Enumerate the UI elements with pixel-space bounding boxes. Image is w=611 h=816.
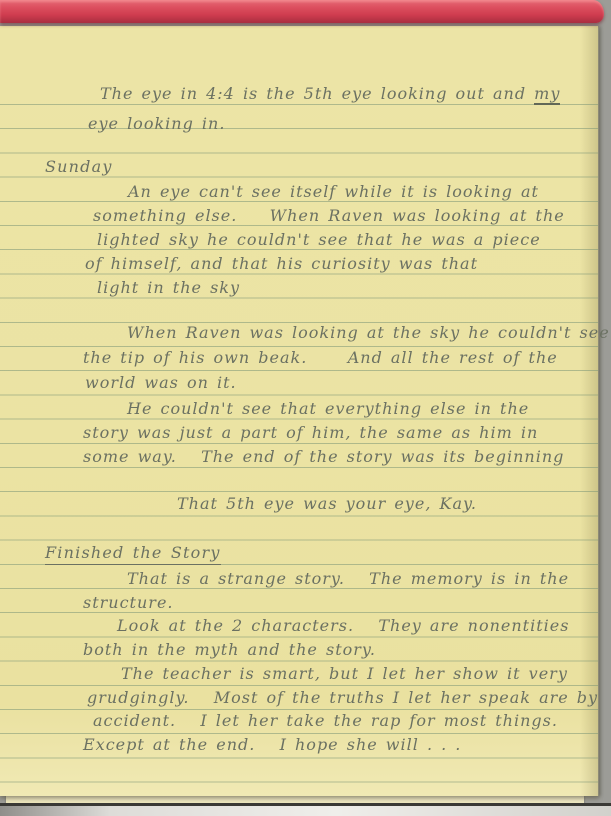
scanned-notebook-page: The eye in 4:4 is the 5th eye looking ou… <box>0 0 611 816</box>
underlined-word: my <box>534 84 560 105</box>
handwritten-line: grudgingly. Most of the truths I let her… <box>87 688 598 708</box>
handwritten-line: That 5th eye was your eye, Kay. <box>177 494 477 514</box>
handwritten-line: of himself, and that his curiosity was t… <box>85 254 478 274</box>
handwritten-text: The eye in 4:4 is the 5th eye looking ou… <box>100 84 534 103</box>
red-binding-strip <box>0 0 604 23</box>
section-heading-finished-story: Finished the Story <box>45 543 221 565</box>
handwritten-line: Look at the 2 characters. They are nonen… <box>117 616 569 636</box>
handwritten-line: story was just a part of him, the same a… <box>83 423 538 443</box>
handwritten-line: lighted sky he couldn't see that he was … <box>97 230 541 250</box>
handwritten-line: some way. The end of the story was its b… <box>83 447 564 467</box>
handwritten-line: structure. <box>83 593 174 613</box>
section-heading-sunday: Sunday <box>45 157 113 177</box>
handwritten-line: An eye can't see itself while it is look… <box>128 182 539 202</box>
handwritten-line: He couldn't see that everything else in … <box>127 399 529 419</box>
handwritten-line: eye looking in. <box>88 114 225 134</box>
handwritten-line: accident. I let her take the rap for mos… <box>93 711 558 731</box>
handwritten-line: something else. When Raven was looking a… <box>93 206 565 226</box>
handwritten-line: light in the sky <box>97 278 240 298</box>
handwritten-line: That is a strange story. The memory is i… <box>127 569 569 589</box>
scanner-bottom-edge <box>0 803 611 816</box>
handwritten-line: the tip of his own beak. And all the res… <box>83 348 558 368</box>
handwritten-line: When Raven was looking at the sky he cou… <box>127 323 610 343</box>
handwritten-line: Except at the end. I hope she will . . . <box>83 735 461 755</box>
handwritten-line: The teacher is smart, but I let her show… <box>121 664 568 684</box>
handwritten-line: world was on it. <box>85 373 237 393</box>
handwritten-line: both in the myth and the story. <box>83 640 376 660</box>
handwritten-line: The eye in 4:4 is the 5th eye looking ou… <box>100 84 560 104</box>
